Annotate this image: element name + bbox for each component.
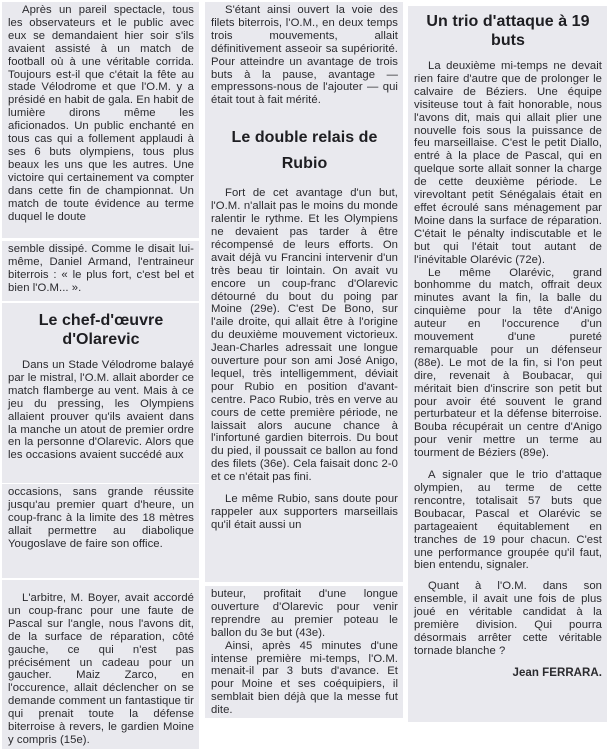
paragraph: occasions, sans grande réussite jusqu'au… bbox=[8, 486, 194, 551]
text-block: Un trio d'attaque à 19 buts La deuxième … bbox=[408, 6, 607, 722]
paragraph: La deuxième mi-temps ne devait rien fair… bbox=[414, 60, 602, 267]
paragraph: Ainsi, après 45 minutes d'une intense pr… bbox=[211, 640, 398, 717]
paragraph: Le même Rubio, sans doute pour rappeler … bbox=[211, 493, 398, 532]
paragraph: buteur, profitait d'une longue ouverture… bbox=[211, 588, 398, 640]
paragraph: Après un pareil spectacle, tous les obse… bbox=[8, 4, 194, 223]
paragraph: Fort de cet avantage d'un but, l'O.M. n'… bbox=[211, 187, 398, 484]
paragraph: semble dissipé. Comme le disait lui-même… bbox=[8, 243, 194, 295]
paragraph: L'arbitre, M. Boyer, avait accordé un co… bbox=[8, 592, 194, 747]
paragraph: S'étant ainsi ouvert la voie des filets … bbox=[211, 4, 398, 107]
author-signature: Jean FERRARA. bbox=[414, 667, 602, 680]
paragraph: Le même Olarévic, grand bonhomme du matc… bbox=[414, 267, 602, 461]
text-block: Après un pareil spectacle, tous les obse… bbox=[2, 2, 199, 238]
text-block: occasions, sans grande réussite jusqu'au… bbox=[2, 484, 199, 578]
text-block: Le chef-d'œuvre d'Olarevic Dans un Stade… bbox=[2, 303, 199, 483]
text-block: S'étant ainsi ouvert la voie des filets … bbox=[205, 2, 403, 582]
paragraph: Dans un Stade Vélodrome balayé par le mi… bbox=[8, 359, 194, 462]
section-heading: Le double relais de Rubio bbox=[211, 125, 398, 177]
paragraph: Quant à l'O.M. dans son ensemble, il ava… bbox=[414, 580, 602, 657]
section-heading: Un trio d'attaque à 19 buts bbox=[414, 12, 602, 50]
text-block: L'arbitre, M. Boyer, avait accordé un co… bbox=[2, 580, 199, 749]
section-heading: Le chef-d'œuvre d'Olarevic bbox=[8, 311, 194, 349]
text-block: semble dissipé. Comme le disait lui-même… bbox=[2, 241, 199, 301]
text-block: buteur, profitait d'une longue ouverture… bbox=[205, 586, 403, 718]
paragraph: A signaler que le trio d'attaque olympie… bbox=[414, 469, 602, 572]
